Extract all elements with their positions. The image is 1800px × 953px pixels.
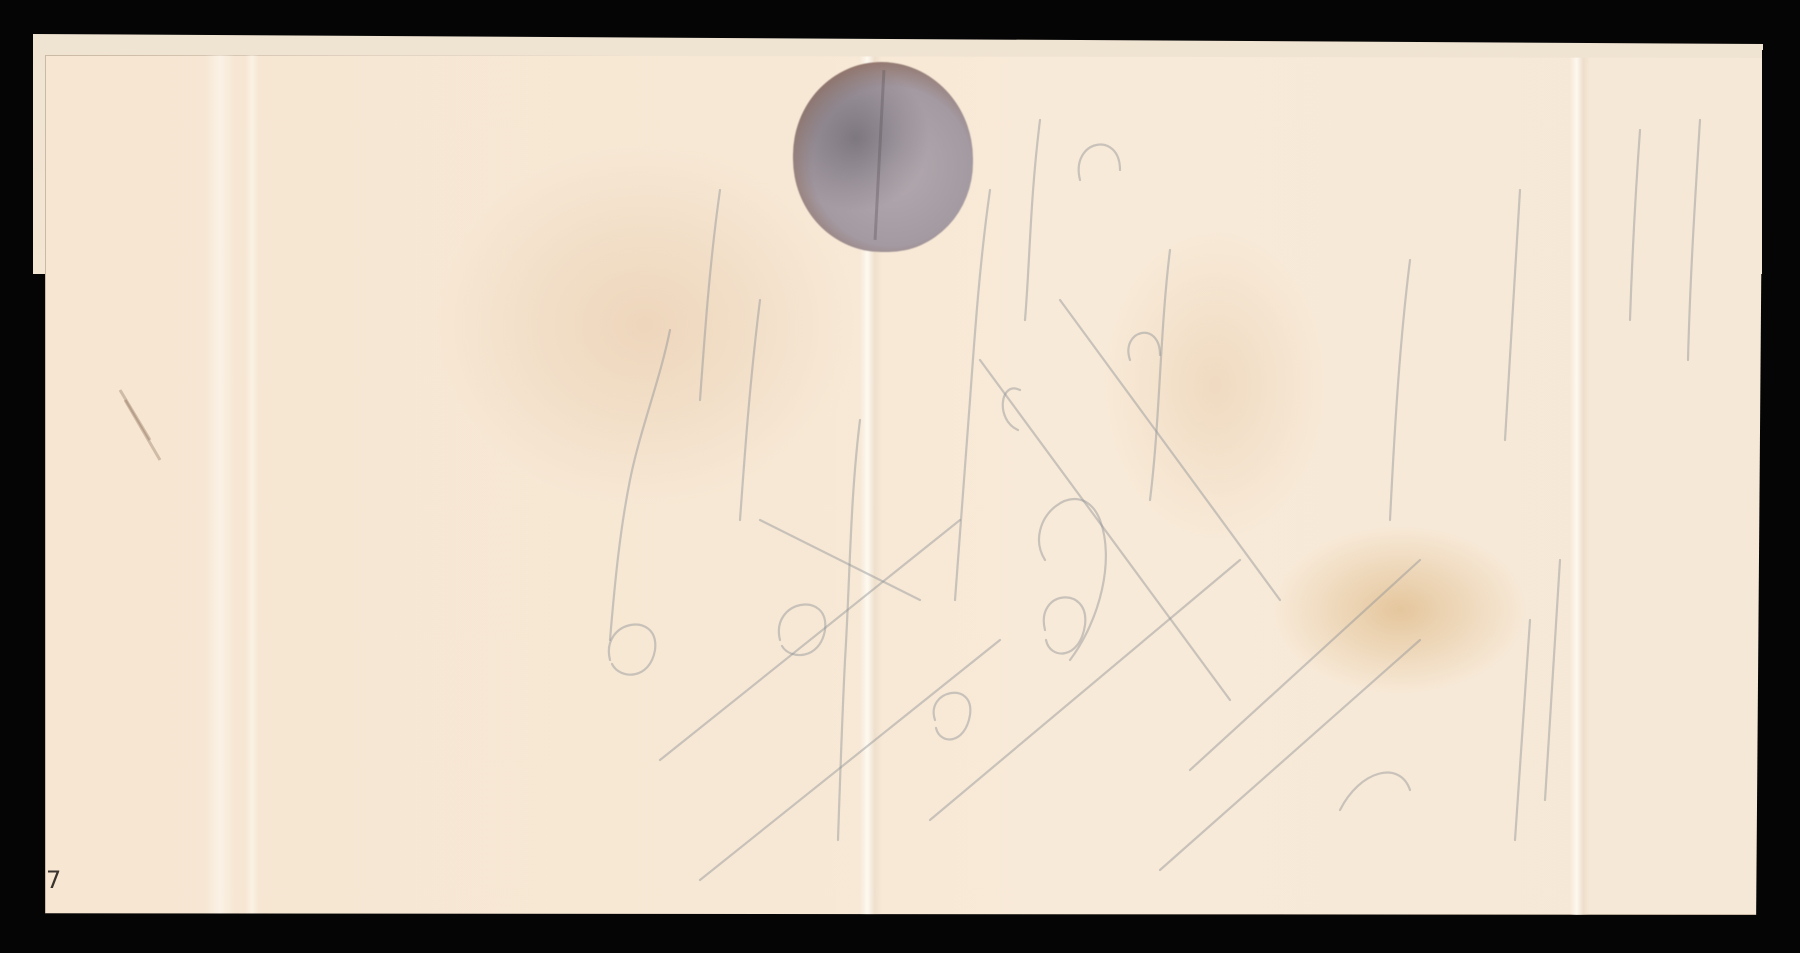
pencil-page-number: 7 xyxy=(46,866,61,894)
letter-photo: 7 xyxy=(0,0,1800,953)
photo-background-edge xyxy=(1762,50,1800,953)
